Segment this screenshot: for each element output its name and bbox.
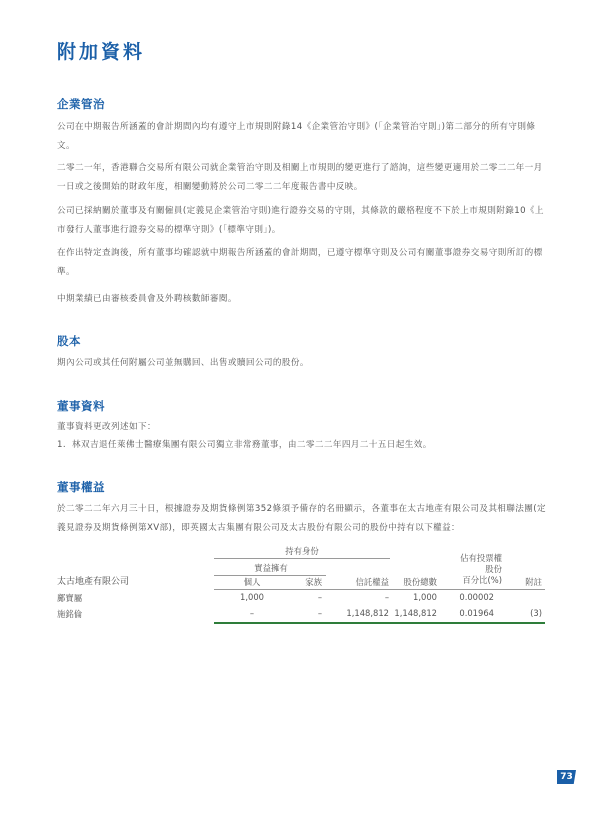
- paragraph: 二零二一年，香港聯合交易所有限公司就企業管治守則及相關上市規則的變更進行了諮詢，…: [57, 159, 547, 197]
- header-trust: 信託權益: [332, 576, 389, 588]
- table-bottom-rule: [214, 622, 545, 624]
- rule: [214, 589, 545, 590]
- row-total: 1,000: [392, 592, 437, 602]
- page-number: 73: [557, 770, 576, 784]
- section-heading-share-capital: 股本: [57, 333, 81, 349]
- header-pct-line3: 百分比(%): [442, 574, 502, 586]
- paragraph: 公司在中期報告所涵蓋的會計期間內均有遵守上市規則附錄14《企業管治守則》(「企業…: [57, 118, 547, 156]
- row-trust: –: [332, 592, 389, 602]
- paragraph: 期內公司或其任何附屬公司並無購回、出售或贖回公司的股份。: [57, 354, 547, 373]
- header-personal: 個人: [217, 576, 287, 588]
- paragraph: 於二零二二年六月三十日，根據證券及期貨條例第352條須予備存的名冊顯示，各董事在…: [57, 500, 547, 538]
- list-text: 林双吉退任萊佛士醫療集團有限公司獨立非常務董事，由二零二二年四月二十五日起生效。: [72, 440, 432, 450]
- paragraph: 在作出特定查詢後，所有董事均確認就中期報告所涵蓋的會計期間，已遵守標準守則及公司…: [57, 244, 547, 282]
- section-heading-directors-interests: 董事權益: [57, 479, 105, 495]
- row-personal: 1,000: [217, 592, 287, 602]
- row-name: 施銘倫: [57, 608, 82, 620]
- company-name: 太古地產有限公司: [57, 574, 129, 587]
- row-family: –: [282, 592, 322, 602]
- header-family: 家族: [282, 576, 322, 588]
- row-personal: –: [217, 608, 287, 618]
- row-pct: 0.01964: [442, 608, 494, 618]
- page-title: 附加資料: [57, 37, 145, 64]
- rule: [214, 558, 390, 559]
- section-heading-directors-information: 董事資料: [57, 398, 105, 414]
- header-capacity: 持有身份: [217, 545, 387, 557]
- header-beneficial-owner: 實益擁有: [217, 562, 325, 574]
- paragraph: 公司已採納關於董事及有關僱員(定義見企業管治守則)進行證券交易的守則，其條款的嚴…: [57, 202, 547, 240]
- list-number: 1.: [57, 436, 72, 455]
- row-name: 鄺寶屬: [57, 592, 82, 604]
- section-heading-corporate-governance: 企業管治: [57, 96, 105, 112]
- row-total: 1,148,812: [392, 608, 437, 618]
- paragraph: 中期業績已由審核委員會及外聘核數師審閱。: [57, 290, 547, 309]
- row-trust: 1,148,812: [332, 608, 389, 618]
- directors-interests-table: 持有身份 實益擁有 佔有投票權 股份 百分比(%) 太古地產有限公司 個人 家族…: [57, 543, 545, 623]
- row-pct: 0.00002: [442, 592, 494, 602]
- row-note: (3): [512, 608, 542, 618]
- paragraph: 董事資料更改列述如下：: [57, 418, 547, 437]
- header-note: 附註: [512, 576, 542, 588]
- row-family: –: [282, 608, 322, 618]
- header-total: 股份總數: [392, 576, 437, 588]
- list-item: 1.林双吉退任萊佛士醫療集團有限公司獨立非常務董事，由二零二二年四月二十五日起生…: [57, 436, 547, 455]
